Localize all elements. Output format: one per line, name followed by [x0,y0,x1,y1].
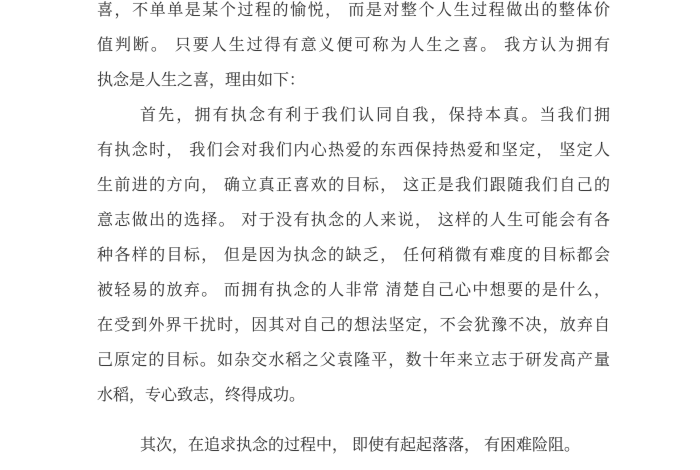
text-line: 首先，拥有执念有利于我们认同自我，保持本真。当我们拥 [97,98,610,133]
text-line: 意志做出的选择。 对于没有执念的人来说， 这样的人生可能会有各 [97,203,610,238]
text-line: 值判断。 只要人生过得有意义便可称为人生之喜。 我方认为拥有 [97,28,610,63]
paragraph: 首先，拥有执念有利于我们认同自我，保持本真。当我们拥有执念时， 我们会对我们内心… [97,98,610,413]
paragraph: 喜，不单单是某个过程的愉悦， 而是对整个人生过程做出的整体价值判断。 只要人生过… [97,0,610,98]
text-line: 己原定的目标。如杂交水稻之父袁隆平，数十年来立志于研发高产量 [97,343,610,378]
text-line: 生前进的方向， 确立真正喜欢的目标， 这正是我们跟随我们自己的 [97,168,610,203]
text-line: 其次，在追求执念的过程中， 即使有起起落落， 有困难险阻。 [97,428,610,463]
text-line: 喜，不单单是某个过程的愉悦， 而是对整个人生过程做出的整体价 [97,0,610,28]
text-line: 水稻，专心致志，终得成功。 [97,378,610,413]
text-block: 喜，不单单是某个过程的愉悦， 而是对整个人生过程做出的整体价值判断。 只要人生过… [97,0,610,463]
paragraph: 其次，在追求执念的过程中， 即使有起起落落， 有困难险阻。 [97,428,610,463]
document-page: 喜，不单单是某个过程的愉悦， 而是对整个人生过程做出的整体价值判断。 只要人生过… [0,0,700,470]
text-line: 在受到外界干扰时，因其对自己的想法坚定，不会犹豫不决，放弃自 [97,308,610,343]
text-line: 被轻易的放弃。 而拥有执念的人非常 清楚自己心中想要的是什么， [97,273,610,308]
text-line: 有执念时， 我们会对我们内心热爱的东西保持热爱和坚定， 坚定人 [97,133,610,168]
text-line: 执念是人生之喜，理由如下： [97,63,610,98]
text-line: 种各样的目标， 但是因为执念的缺乏， 任何稍微有难度的目标都会 [97,238,610,273]
